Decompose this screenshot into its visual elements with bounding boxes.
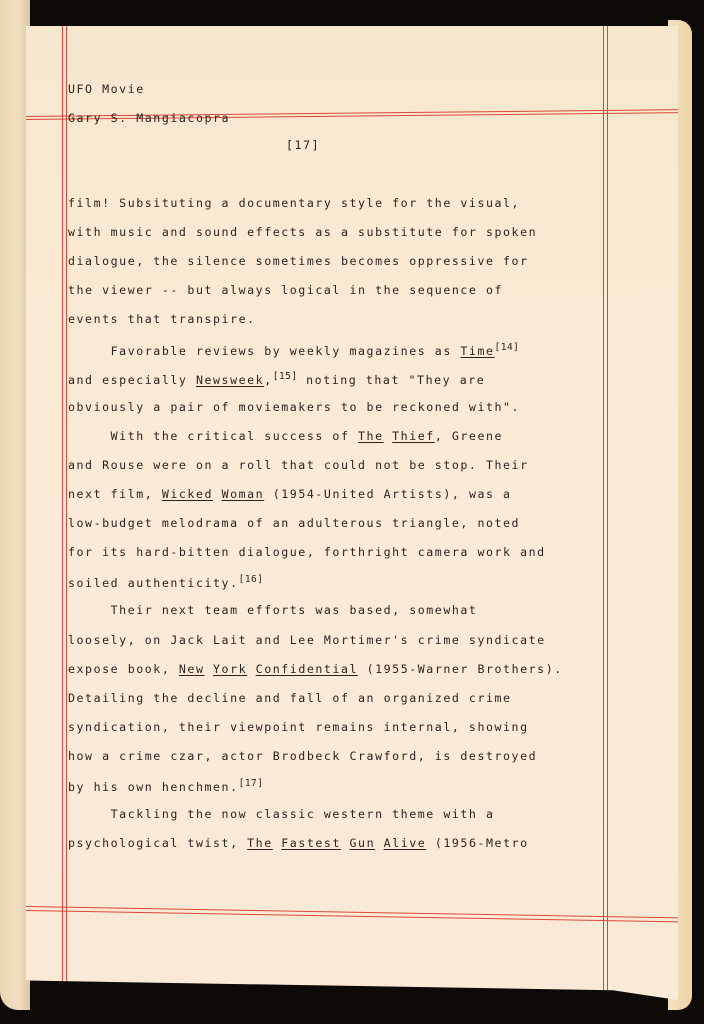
left-margin-rule <box>66 26 67 1000</box>
underlined-title: Thief <box>392 429 435 443</box>
underlined-title: Time <box>460 344 494 358</box>
text-line: events that transpire. <box>68 312 256 326</box>
text-segment: (1954-United Artists), was a <box>264 487 511 501</box>
footnote-marker: [15] <box>273 371 298 382</box>
text-segment: noting that "They are <box>298 373 486 387</box>
text-segment: Detailing the decline and fall of an org… <box>68 691 512 705</box>
underlined-title: Newsweek <box>196 373 264 387</box>
text-segment: Their next team efforts was based, somew… <box>68 603 477 617</box>
text-line: expose book, New York Confidential (1955… <box>68 662 563 676</box>
underlined-title: The <box>247 836 273 850</box>
text-line: next film, Wicked Woman (1954-United Art… <box>68 487 512 501</box>
text-line: dialogue, the silence sometimes becomes … <box>68 254 529 268</box>
text-segment: expose book, <box>68 662 179 676</box>
text-line: Tackling the now classic western theme w… <box>68 807 495 821</box>
underlined-title: The <box>358 429 384 443</box>
manuscript-page <box>26 26 678 1000</box>
text-line: With the critical success of The Thief, … <box>68 429 503 443</box>
text-segment: psychological twist, <box>68 836 247 850</box>
text-segment: (1955-Warner Brothers). <box>358 662 563 676</box>
underlined-title: Confidential <box>256 662 358 676</box>
text-segment: soiled authenticity. <box>68 576 239 590</box>
running-title: UFO Movie <box>68 82 145 96</box>
text-line: by his own henchmen.[17] <box>68 778 264 794</box>
footnote-marker: [17] <box>239 778 264 789</box>
text-segment: loosely, on Jack Lait and Lee Mortimer's… <box>68 633 546 647</box>
text-segment <box>247 662 256 676</box>
text-line: the viewer -- but always logical in the … <box>68 283 503 297</box>
text-segment: film! Subsituting a documentary style fo… <box>68 196 520 210</box>
text-line: Favorable reviews by weekly magazines as… <box>68 342 519 358</box>
text-segment <box>273 836 282 850</box>
text-segment: for its hard-bitten dialogue, forthright… <box>68 545 546 559</box>
right-margin-rule <box>607 26 608 1000</box>
text-line: obviously a pair of moviemakers to be re… <box>68 400 520 414</box>
text-segment <box>204 662 213 676</box>
text-line: psychological twist, The Fastest Gun Ali… <box>68 836 529 850</box>
text-segment: obviously a pair of moviemakers to be re… <box>68 400 520 414</box>
underlined-title: Gun <box>350 836 376 850</box>
text-line: soiled authenticity.[16] <box>68 574 264 590</box>
text-line: loosely, on Jack Lait and Lee Mortimer's… <box>68 633 546 647</box>
text-segment: and Rouse were on a roll that could not … <box>68 458 529 472</box>
previous-page-edge <box>0 0 30 1010</box>
text-segment: dialogue, the silence sometimes becomes … <box>68 254 529 268</box>
text-line: with music and sound effects as a substi… <box>68 225 537 239</box>
text-segment: Tackling the now classic western theme w… <box>68 807 495 821</box>
text-line: Detailing the decline and fall of an org… <box>68 691 512 705</box>
text-line: Their next team efforts was based, somew… <box>68 603 477 617</box>
text-line: and Rouse were on a roll that could not … <box>68 458 529 472</box>
underlined-title: Woman <box>222 487 265 501</box>
text-segment: , Greene <box>435 429 503 443</box>
page-number: [17] <box>286 138 320 152</box>
text-segment: by his own henchmen. <box>68 780 239 794</box>
text-segment: how a crime czar, actor Brodbeck Crawfor… <box>68 749 537 763</box>
text-line: for its hard-bitten dialogue, forthright… <box>68 545 546 559</box>
text-segment: , <box>264 373 273 387</box>
text-segment: and especially <box>68 373 196 387</box>
text-line: and especially Newsweek,[15] noting that… <box>68 371 485 387</box>
text-segment <box>384 429 393 443</box>
text-segment: events that transpire. <box>68 312 256 326</box>
text-line: film! Subsituting a documentary style fo… <box>68 196 520 210</box>
right-margin-rule <box>603 26 604 1000</box>
text-line: low-budget melodrama of an adulterous tr… <box>68 516 520 530</box>
text-line: how a crime czar, actor Brodbeck Crawfor… <box>68 749 537 763</box>
underlined-title: York <box>213 662 247 676</box>
footnote-marker: [16] <box>239 574 264 585</box>
text-segment: Favorable reviews by weekly magazines as <box>68 344 460 358</box>
text-segment: With the critical success of <box>68 429 358 443</box>
text-segment <box>341 836 350 850</box>
footnote-marker: [14] <box>495 342 520 353</box>
text-segment <box>375 836 384 850</box>
text-segment: syndication, their viewpoint remains int… <box>68 720 529 734</box>
underlined-title: Wicked <box>162 487 213 501</box>
text-segment: (1956-Metro <box>426 836 528 850</box>
text-segment: with music and sound effects as a substi… <box>68 225 537 239</box>
underlined-title: Fastest <box>281 836 341 850</box>
underlined-title: Alive <box>384 836 427 850</box>
text-segment: next film, <box>68 487 162 501</box>
author-name: Gary S. Mangiacopra <box>68 111 230 125</box>
left-margin-rule <box>62 26 63 1000</box>
text-segment: the viewer -- but always logical in the … <box>68 283 503 297</box>
text-segment: low-budget melodrama of an adulterous tr… <box>68 516 520 530</box>
text-segment <box>213 487 222 501</box>
underlined-title: New <box>179 662 205 676</box>
text-line: syndication, their viewpoint remains int… <box>68 720 529 734</box>
